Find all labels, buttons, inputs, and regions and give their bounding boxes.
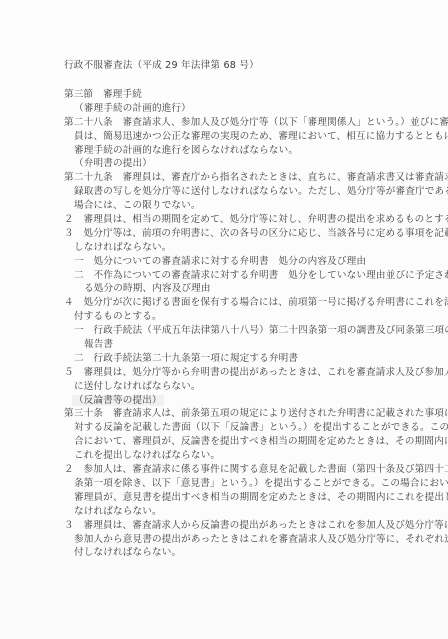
article-caption: （弁明書の提出） [64, 157, 398, 171]
article-29-line: 録取書の写しを処分庁等に送付しなければならない。ただし、処分庁等が審査庁である [64, 185, 398, 199]
paragraph-line: 審理員が、意見書を提出すべき相当の期間を定めたときは、その期間内にこれを提出し [64, 491, 398, 505]
document-body: 第三節 審理手続 （審理手続の計画的進行） 第二十八条 審査請求人、参加人及び処… [64, 88, 398, 560]
paragraph-line: ２ 審理員は、相当の期間を定めて、処分庁等に対し、弁明書の提出を求めるものとする… [64, 213, 398, 227]
paragraph-line: 付するものとする。 [64, 310, 398, 324]
paragraph-line: 付しなければならない。 [64, 546, 398, 560]
article-28-line: 第二十八条 審査請求人、参加人及び処分庁等（以下「審理関係人」という。）並びに審… [64, 116, 398, 130]
paragraph-line: ３ 処分庁等は、前項の弁明書に、次の各号の区分に応じ、当該各号に定める事項を記載 [64, 227, 398, 241]
scanned-page: 行政不服審査法（平成 29 年法律第 68 号） 第三節 審理手続 （審理手続の… [0, 0, 448, 639]
section-heading: 第三節 審理手続 [64, 88, 398, 102]
caption-highlight: （反論書等の提出） [72, 395, 164, 406]
paragraph-line: 条第一項を除き、以下「意見書」という。）を提出することができる。この場合において… [64, 477, 398, 491]
paragraph-line: しなければならない。 [64, 241, 398, 255]
article-28-line: 員は、簡易迅速かつ公正な審理の実現のため、審理において、相互に協力するとともに、 [64, 130, 398, 144]
article-caption-highlighted: （反論書等の提出） [64, 394, 398, 408]
item-line: 報告書 [64, 338, 398, 352]
item-line: る処分の時期、内容及び理由 [64, 282, 398, 296]
article-28-line: 審理手続の計画的な進行を図らなければならない。 [64, 144, 398, 158]
article-30-line: 第三十条 審査請求人は、前条第五項の規定により送付された弁明書に記載された事項に [64, 407, 398, 421]
item-line: 二 不作為についての審査請求に対する弁明書 処分をしていない理由並びに予定され [64, 269, 398, 283]
article-30-line: 対する反論を記載した書面（以下「反論書」という。）を提出することができる。この場 [64, 421, 398, 435]
article-29-line: 場合には、この限りでない。 [64, 199, 398, 213]
item-line: 一 行政手続法（平成五年法律第八十八号）第二十四条第一項の調書及び同条第三項の [64, 324, 398, 338]
paragraph-line: 参加人から意見書の提出があったときはこれを審査請求人及び処分庁等に、それぞれ送 [64, 533, 398, 547]
paragraph-line: ５ 審理員は、処分庁等から弁明書の提出があったときは、これを審査請求人及び参加人 [64, 366, 398, 380]
article-30-line: これを提出しなければならない。 [64, 449, 398, 463]
paragraph-line: なければならない。 [64, 505, 398, 519]
article-caption: （審理手続の計画的進行） [64, 102, 398, 116]
paragraph-line: ２ 参加人は、審査請求に係る事件に関する意見を記載した書面（第四十条及び第四十二 [64, 463, 398, 477]
paragraph-line: ３ 審理員は、審査請求人から反論書の提出があったときはこれを参加人及び処分庁等に… [64, 519, 398, 533]
item-line: 二 行政手続法第二十九条第一項に規定する弁明書 [64, 352, 398, 366]
item-line: 一 処分についての審査請求に対する弁明書 処分の内容及び理由 [64, 255, 398, 269]
paragraph-line: に送付しなければならない。 [64, 380, 398, 394]
article-30-line: 合において、審理員が、反論書を提出すべき相当の期間を定めたときは、その期間内に [64, 435, 398, 449]
paragraph-line: ４ 処分庁が次に掲げる書面を保有する場合には、前項第一号に掲げる弁明書にこれを添 [64, 296, 398, 310]
document-title: 行政不服審査法（平成 29 年法律第 68 号） [64, 59, 259, 73]
article-29-line: 第二十九条 審理員は、審査庁から指名されたときは、直ちに、審査請求書又は審査請求 [64, 171, 398, 185]
